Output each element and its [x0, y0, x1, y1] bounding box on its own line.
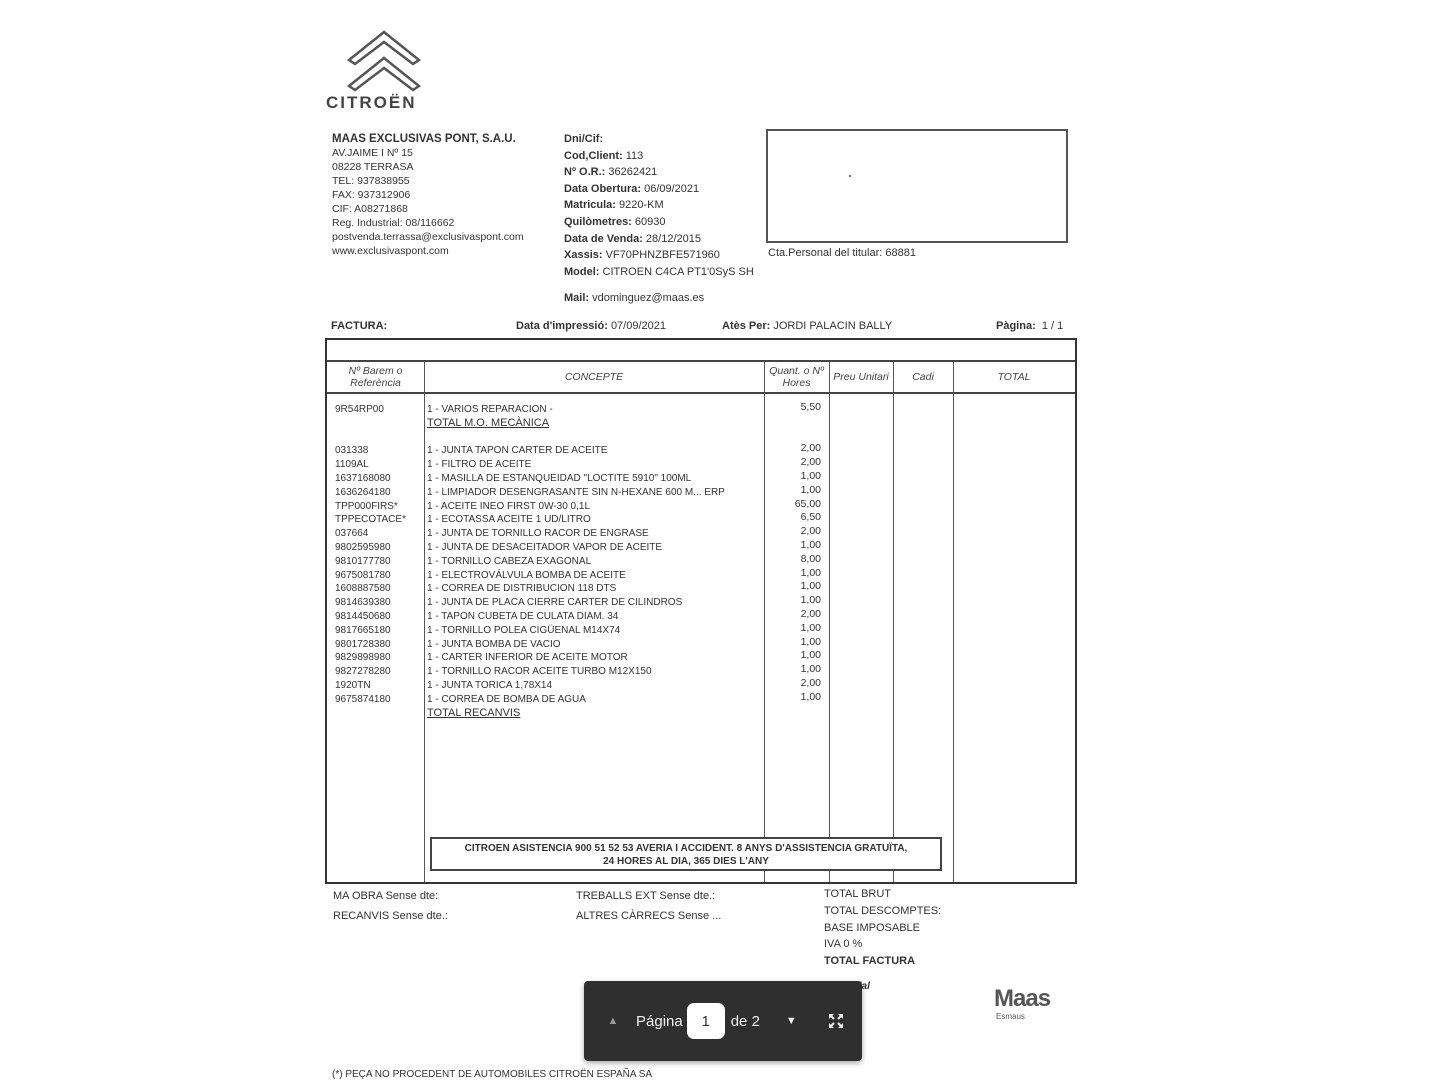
page-total: de 2 — [731, 1013, 760, 1030]
company-line: 08228 TERRASA — [332, 160, 524, 174]
table-cell — [335, 417, 406, 431]
table-cell: 1 - TORNILLO RACOR ACEITE TURBO M12X150 — [427, 665, 725, 679]
pdf-page-navigator: ▲ Página de 2 ▼ — [584, 981, 862, 1061]
client-field: Model: CITROEN C4CA PT1'0SyS SH — [564, 264, 754, 281]
reference-column: 9R54RP00 0313381109AL1637168080163626418… — [335, 403, 406, 707]
table-cell: 1608887580 — [335, 582, 406, 596]
footer-middle: TREBALLS EXT Sense dte.:ALTRES CÀRRECS S… — [576, 886, 721, 926]
col-header-concept: CONCEPTE — [424, 362, 764, 394]
table-cell: 9802595980 — [335, 541, 406, 555]
table-cell: TPP000FIRS* — [335, 500, 406, 514]
table-cell: 1,00 — [765, 484, 821, 498]
table-cell: 1,00 — [765, 636, 821, 650]
table-cell: 1,00 — [765, 470, 821, 484]
table-cell — [427, 431, 725, 445]
fullscreen-icon[interactable] — [827, 1012, 845, 1030]
table-cell: 1 - TAPON CUBETA DE CULATA DIAM. 34 — [427, 610, 725, 624]
table-cell: 1 - JUNTA TORICA 1,78X14 — [427, 679, 725, 693]
assistance-notice: CITROEN ASISTENCIA 900 51 52 53 AVERIA I… — [430, 837, 942, 871]
print-date: Data d'impressió: 07/09/2021 — [516, 320, 666, 332]
address-box-mark — [849, 175, 851, 177]
client-field: Matricula: 9220-KM — [564, 197, 754, 214]
table-cell: 2,00 — [765, 677, 821, 691]
client-field: Quilòmetres: 60930 — [564, 214, 754, 231]
table-cell: 9814639380 — [335, 596, 406, 610]
table-cell: 9814450680 — [335, 610, 406, 624]
quantity-column: 5,50 2,002,001,001,0065,006,502,001,008,… — [765, 401, 821, 705]
col-header-unit-price: Preu Unitari — [829, 362, 893, 394]
table-cell: 65,00 — [765, 498, 821, 512]
maas-logo: Maas — [994, 985, 1050, 1013]
table-cell: 5,50 — [765, 401, 821, 415]
table-cell: 1 - JUNTA TAPON CARTER DE ACEITE — [427, 444, 725, 458]
table-cell: 1 - JUNTA DE DESACEITADOR VAPOR DE ACEIT… — [427, 541, 725, 555]
company-name: MAAS EXCLUSIVAS PONT, S.A.U. — [332, 132, 524, 146]
client-mail: Mail: vdominguez@maas.es — [564, 290, 754, 307]
client-field: Nº O.R.: 36262421 — [564, 164, 754, 181]
footer-left: MA OBRA Sense dte:RECANVIS Sense dte.: — [333, 886, 448, 926]
table-cell: 1 - CORREA DE BOMBA DE AGUA — [427, 693, 725, 707]
company-line: AV.JAIME I Nº 15 — [332, 146, 524, 160]
table-cell: 1 - CORREA DE DISTRIBUCION 118 DTS — [427, 582, 725, 596]
table-cell: 1 - CARTER INFERIOR DE ACEITE MOTOR — [427, 651, 725, 665]
table-cell: 1 - JUNTA DE TORNILLO RACOR DE ENGRASE — [427, 527, 725, 541]
table-cell: 9801728380 — [335, 638, 406, 652]
col-header-total: TOTAL — [953, 362, 1075, 394]
table-cell: TOTAL M.O. MECÀNICA — [427, 417, 725, 431]
table-cell: 6,50 — [765, 511, 821, 525]
table-cell: 037664 — [335, 527, 406, 541]
triangle-down-icon[interactable]: ▼ — [786, 1015, 797, 1027]
table-cell: 9829898980 — [335, 651, 406, 665]
table-cell: 1 - ELECTROVÁLVULA BOMBA DE ACEITE — [427, 569, 725, 583]
table-cell: 1 - JUNTA DE PLACA CIERRE CARTER DE CILI… — [427, 596, 725, 610]
table-cell: 9675874180 — [335, 693, 406, 707]
company-info: MAAS EXCLUSIVAS PONT, S.A.U. AV.JAIME I … — [332, 132, 524, 258]
table-cell: 2,00 — [765, 442, 821, 456]
table-cell: 9R54RP00 — [335, 403, 406, 417]
table-cell: 1 - MASILLA DE ESTANQUEIDAD "LOCTITE 591… — [427, 472, 725, 486]
table-cell: 1637168080 — [335, 472, 406, 486]
table-cell: 9817665180 — [335, 624, 406, 638]
table-cell: 1 - FILTRO DE ACEITE — [427, 458, 725, 472]
table-cell — [335, 431, 406, 445]
table-cell: 2,00 — [765, 608, 821, 622]
table-cell: 1,00 — [765, 663, 821, 677]
table-cell: 1,00 — [765, 567, 821, 581]
table-cell: 9827278280 — [335, 665, 406, 679]
personal-account: Cta.Personal del titular: 68881 — [768, 247, 916, 259]
table-cell — [765, 415, 821, 429]
company-line: FAX: 937312906 — [332, 188, 524, 202]
table-cell: 1,00 — [765, 539, 821, 553]
maas-logo-sub: Esmaus — [996, 1012, 1025, 1021]
table-cell: 1 - VARIOS REPARACION - — [427, 403, 725, 417]
page-count: Pàgina: 1 / 1 — [996, 320, 1063, 332]
table-cell: TPPECOTACE* — [335, 513, 406, 527]
brand-wordmark: CITROËN — [326, 93, 417, 113]
client-field: Data Obertura: 06/09/2021 — [564, 181, 754, 198]
concept-column: 1 - VARIOS REPARACION -TOTAL M.O. MECÀNI… — [427, 403, 725, 720]
table-cell: 1 - TORNILLO POLEA CIGÜENAL M14X74 — [427, 624, 725, 638]
table-cell: 1636264180 — [335, 486, 406, 500]
table-cell: 1 - ECOTASSA ACEITE 1 UD/LITRO — [427, 513, 725, 527]
table-cell: 031338 — [335, 444, 406, 458]
table-cell: 1109AL — [335, 458, 406, 472]
factura-label: FACTURA: — [331, 320, 387, 332]
company-line: www.exclusivaspont.com — [332, 244, 524, 258]
table-cell: 1 - LIMPIADOR DESENGRASANTE SIN N-HEXANE… — [427, 486, 725, 500]
col-header-cadi: Cadi — [893, 362, 953, 394]
client-field: Cod,Client: 113 — [564, 148, 754, 165]
company-line: TEL: 937838955 — [332, 174, 524, 188]
table-cell: 1,00 — [765, 594, 821, 608]
col-header-quantity: Quant. o Nº Hores — [764, 362, 829, 394]
col-header-reference: Nº Barem o Referència — [327, 362, 424, 394]
triangle-up-icon[interactable]: ▲ — [606, 1015, 620, 1027]
table-cell: 1,00 — [765, 580, 821, 594]
client-field: Xassis: VF70PHNZBFE571960 — [564, 247, 754, 264]
bottom-note: (*) PEÇA NO PROCEDENT DE AUTOMOBILES CIT… — [332, 1069, 652, 1080]
page-label: Página — [636, 1013, 683, 1030]
address-box — [766, 129, 1068, 243]
table-cell: 1,00 — [765, 691, 821, 705]
client-field: Data de Venda: 28/12/2015 — [564, 231, 754, 248]
table-cell: 9810177780 — [335, 555, 406, 569]
client-field: Dni/Cif: — [564, 131, 754, 148]
client-info: Dni/Cif: Cod,Client: 113Nº O.R.: 3626242… — [564, 131, 754, 307]
table-cell: TOTAL RECANVIS — [427, 707, 725, 721]
page-number-input[interactable] — [687, 1003, 725, 1039]
totals-block: TOTAL BRUT TOTAL DESCOMPTES: BASE IMPOSA… — [824, 886, 941, 970]
table-cell: 1 - ACEITE INEO FIRST 0W-30 0,1L — [427, 500, 725, 514]
table-cell: 1,00 — [765, 622, 821, 636]
table-cell: 2,00 — [765, 456, 821, 470]
table-cell: 1,00 — [765, 649, 821, 663]
table-cell — [765, 429, 821, 443]
invoice-table: Nº Barem o Referència CONCEPTE Quant. o … — [325, 338, 1077, 884]
table-cell: 1 - TORNILLO CABEZA EXAGONAL — [427, 555, 725, 569]
table-cell: 9675081780 — [335, 569, 406, 583]
table-cell: 1 - JUNTA BOMBA DE VACIO — [427, 638, 725, 652]
company-line: Reg. Industrial: 08/116662 — [332, 216, 524, 230]
citroen-double-chevron-icon — [345, 26, 423, 94]
table-cell: 2,00 — [765, 525, 821, 539]
table-cell: 1920TN — [335, 679, 406, 693]
table-cell: 8,00 — [765, 553, 821, 567]
attended-by: Atès Per: JORDI PALACIN BALLY — [722, 320, 892, 332]
company-line: postvenda.terrassa@exclusivaspont.com — [332, 230, 524, 244]
company-line: CIF: A08271868 — [332, 202, 524, 216]
